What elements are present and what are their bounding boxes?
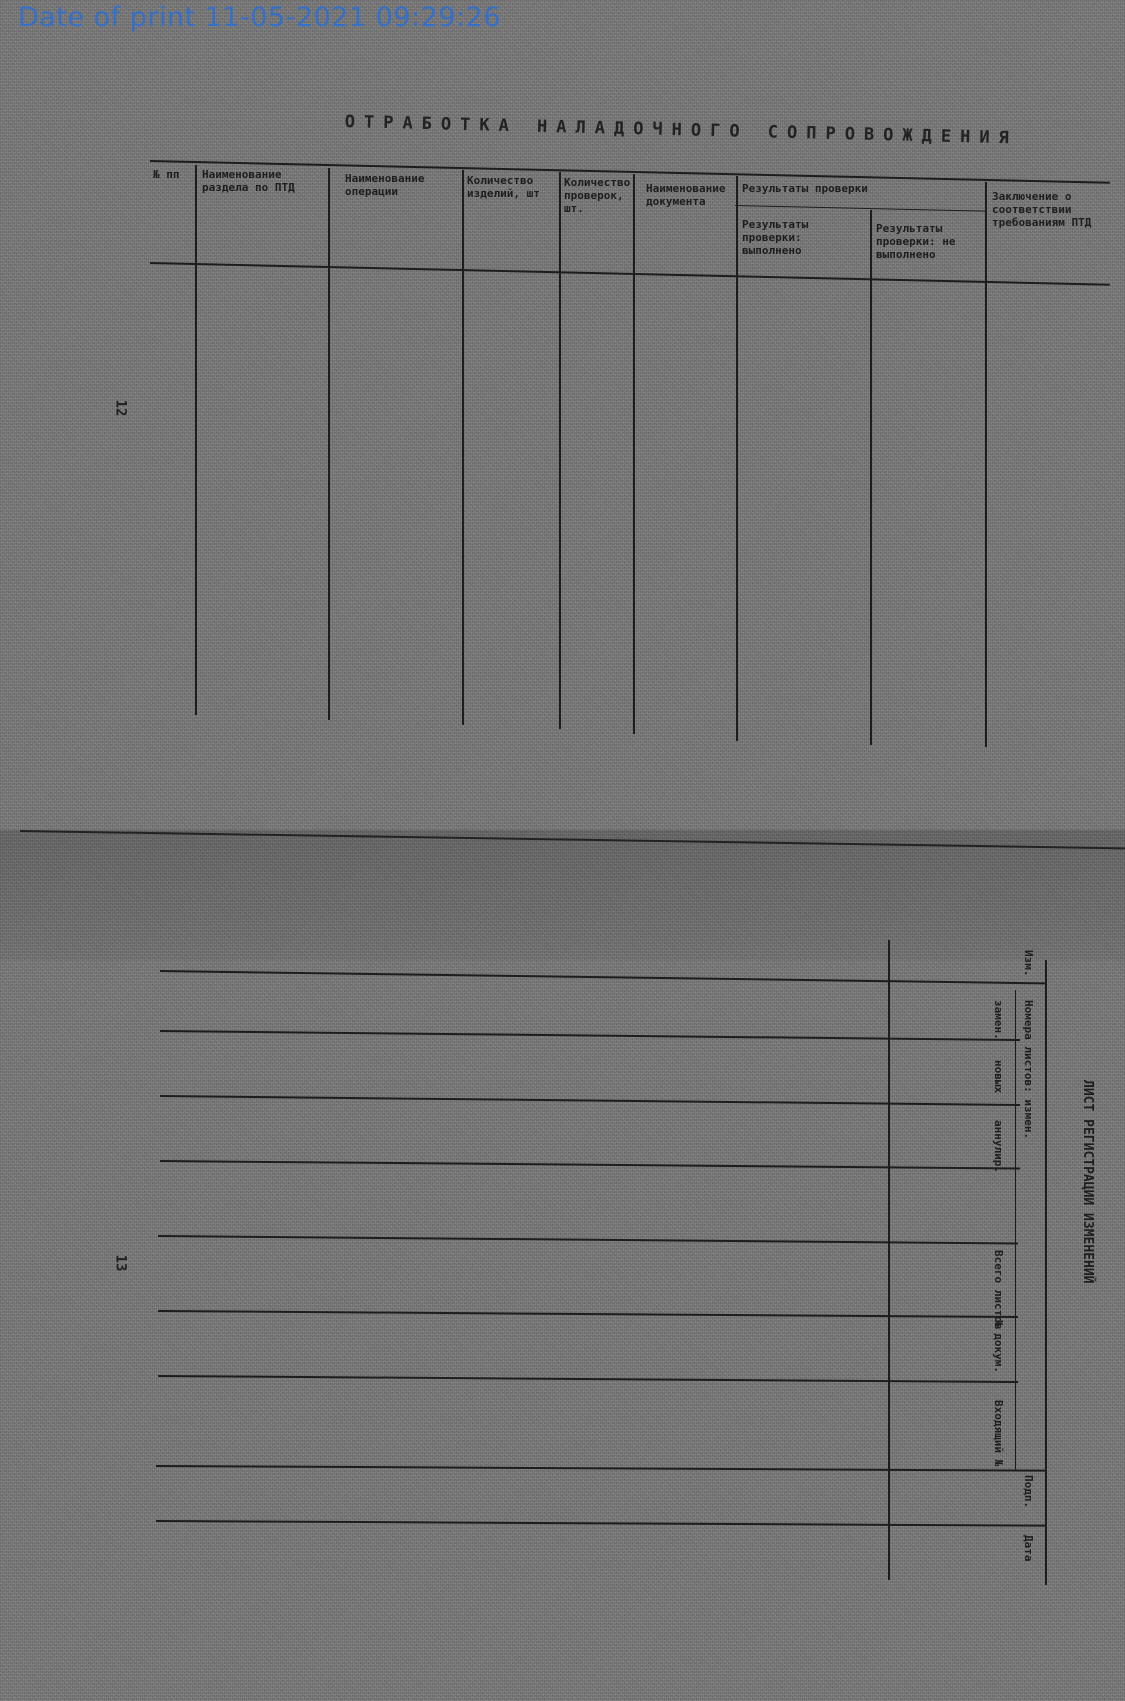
lower-table-border bbox=[888, 940, 890, 1580]
col-divider bbox=[559, 172, 561, 729]
col-divider bbox=[462, 170, 464, 725]
print-date-stamp: Date of print 11-05-2021 09:29:26 bbox=[18, 2, 501, 33]
col-header: Результаты проверки: не выполнено bbox=[876, 222, 981, 261]
col-header: Количество проверок, шт. bbox=[564, 176, 630, 215]
col-divider bbox=[985, 182, 987, 747]
lower-col-header: Дата bbox=[1022, 1535, 1035, 1562]
lower-col-header: Всего листов bbox=[992, 1250, 1005, 1329]
col-header: Результаты проверки: выполнено bbox=[742, 218, 867, 257]
upper-page-number: 12 bbox=[112, 400, 128, 417]
col-divider bbox=[870, 210, 872, 745]
col-divider bbox=[328, 168, 330, 720]
group-header: Результаты проверки bbox=[742, 182, 982, 195]
lower-col-header: Входящий № bbox=[992, 1400, 1005, 1466]
lower-col-header: № докум. bbox=[992, 1320, 1005, 1373]
col-header: Количество изделий, шт bbox=[467, 174, 555, 200]
col-header: № пп bbox=[153, 168, 193, 181]
lower-page-title: ЛИСТ РЕГИСТРАЦИИ ИЗМЕНЕНИЙ bbox=[1080, 1080, 1095, 1284]
lower-col-header: Изм. bbox=[1022, 950, 1035, 977]
col-header: Наименование раздела по ПТД bbox=[202, 168, 322, 194]
lower-page-number: 13 bbox=[112, 1255, 128, 1272]
lower-col-header: новых bbox=[992, 1060, 1005, 1093]
col-header: Наименование операции bbox=[345, 172, 455, 198]
lower-col-divider bbox=[1015, 990, 1016, 1470]
col-divider bbox=[633, 174, 635, 734]
lower-col-header: Подп. bbox=[1022, 1475, 1035, 1508]
scan-shadow bbox=[0, 830, 1125, 960]
lower-col-header: аннулир. bbox=[992, 1120, 1005, 1173]
lower-table-border bbox=[1045, 960, 1047, 1585]
col-header: Наименование документа bbox=[646, 182, 732, 208]
col-divider bbox=[195, 165, 197, 715]
col-divider bbox=[736, 176, 738, 741]
col-header: Заключение о соответствии требованиям ПТ… bbox=[992, 190, 1112, 229]
lower-col-header: замен. bbox=[992, 1000, 1005, 1040]
lower-col-header: Номера листов: измен. bbox=[1022, 1000, 1035, 1139]
